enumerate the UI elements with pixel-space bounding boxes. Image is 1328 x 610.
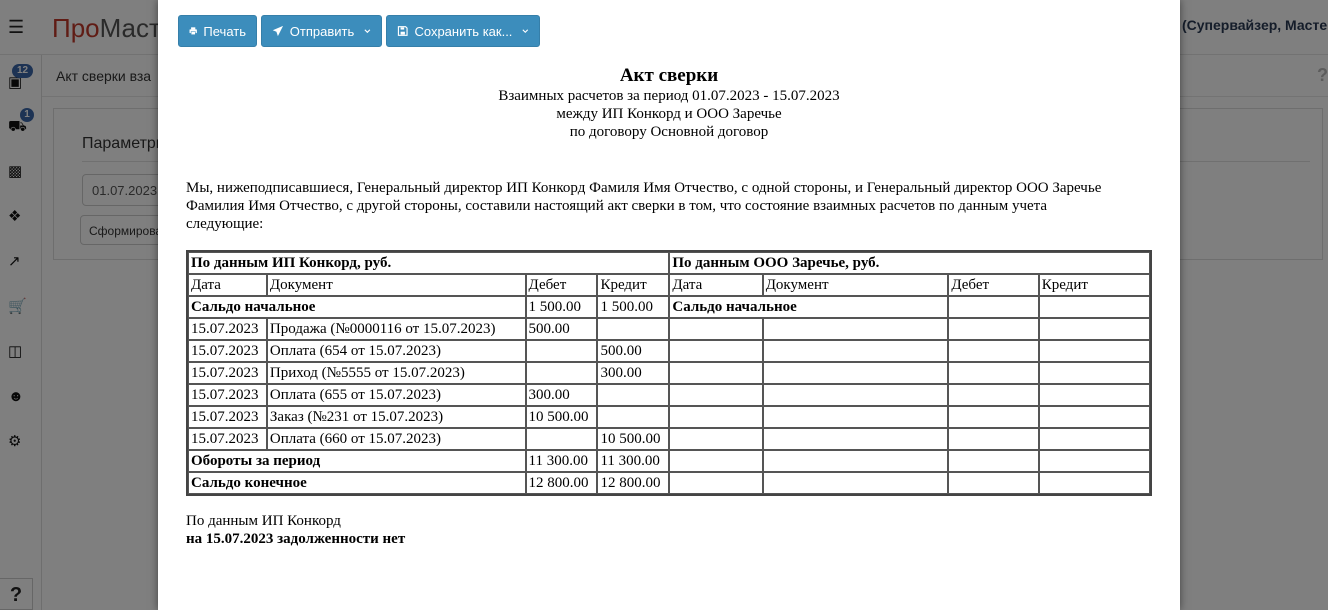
row-document: Оплата (660 от 15.07.2023) <box>267 428 526 450</box>
reconciliation-document: Акт сверки Взаимных расчетов за период 0… <box>186 65 1152 233</box>
chevron-down-icon <box>522 27 529 35</box>
table-row: 15.07.2023 Оплата (654 от 15.07.2023) 50… <box>188 340 1150 362</box>
document-contract: по договору Основной договор <box>186 123 1152 141</box>
opening-credit-left: 1 500.00 <box>597 296 669 318</box>
table-row: 15.07.2023 Приход (№5555 от 15.07.2023) … <box>188 362 1150 384</box>
row-date-right <box>669 450 762 472</box>
row-document-right <box>763 340 949 362</box>
document-conclusion: По данным ИП Конкорд на 15.07.2023 задол… <box>186 512 405 548</box>
closing-credit: 12 800.00 <box>597 472 669 494</box>
column-header: Дебет <box>948 274 1038 296</box>
row-date: 15.07.2023 <box>188 340 267 362</box>
row-debit <box>526 362 598 384</box>
print-preview-modal: Печать Отправить Сохранить как... Акт св… <box>158 0 1180 610</box>
row-credit-right <box>1039 384 1150 406</box>
row-credit-right <box>1039 428 1150 450</box>
row-debit <box>526 428 598 450</box>
row-debit-right <box>948 406 1038 428</box>
row-date-right <box>669 472 762 494</box>
reconciliation-table: По данным ИП Конкорд, руб. По данным ООО… <box>186 250 1152 496</box>
row-credit: 10 500.00 <box>597 428 669 450</box>
row-document-right <box>763 450 949 472</box>
paper-plane-icon <box>272 24 284 38</box>
right-party-header: По данным ООО Заречье, руб. <box>669 252 1150 274</box>
row-debit: 10 500.00 <box>526 406 598 428</box>
turnover-row: Обороты за период 11 300.00 11 300.00 <box>188 450 1150 472</box>
row-date-right <box>669 318 762 340</box>
row-date: 15.07.2023 <box>188 384 267 406</box>
closing-balance-label: Сальдо конечное <box>188 472 526 494</box>
row-credit <box>597 384 669 406</box>
opening-balance-row: Сальдо начальное 1 500.00 1 500.00 Сальд… <box>188 296 1150 318</box>
row-date-right <box>669 406 762 428</box>
row-document-right <box>763 472 949 494</box>
opening-balance-label: Сальдо начальное <box>188 296 526 318</box>
row-credit <box>597 406 669 428</box>
table-party-header-row: По данным ИП Конкорд, руб. По данным ООО… <box>188 252 1150 274</box>
table-row: 15.07.2023 Оплата (655 от 15.07.2023) 30… <box>188 384 1150 406</box>
row-credit <box>597 318 669 340</box>
closing-debit: 12 800.00 <box>526 472 598 494</box>
row-debit-right <box>948 318 1038 340</box>
row-debit-right <box>948 428 1038 450</box>
row-document: Приход (№5555 от 15.07.2023) <box>267 362 526 384</box>
row-debit-right <box>948 340 1038 362</box>
column-header: Дата <box>669 274 762 296</box>
column-header: Дебет <box>526 274 598 296</box>
row-credit-right <box>1039 318 1150 340</box>
row-debit-right <box>948 450 1038 472</box>
column-header: Кредит <box>597 274 669 296</box>
chevron-down-icon <box>364 27 371 35</box>
row-document-right <box>763 362 949 384</box>
table-row: 15.07.2023 Заказ (№231 от 15.07.2023) 10… <box>188 406 1150 428</box>
row-credit-right <box>1039 340 1150 362</box>
row-date-right <box>669 362 762 384</box>
opening-debit-left: 1 500.00 <box>526 296 598 318</box>
row-credit: 300.00 <box>597 362 669 384</box>
document-parties: между ИП Конкорд и ООО Заречье <box>186 105 1152 123</box>
row-debit-right <box>948 362 1038 384</box>
print-icon <box>189 24 197 38</box>
conclusion-statement: на 15.07.2023 задолженности нет <box>186 530 405 548</box>
turnover-credit: 11 300.00 <box>597 450 669 472</box>
row-document: Оплата (655 от 15.07.2023) <box>267 384 526 406</box>
row-date-right <box>669 340 762 362</box>
row-document-right <box>763 428 949 450</box>
row-document: Заказ (№231 от 15.07.2023) <box>267 406 526 428</box>
row-document: Продажа (№0000116 от 15.07.2023) <box>267 318 526 340</box>
row-date-right <box>669 428 762 450</box>
column-header: Дата <box>188 274 267 296</box>
row-debit-right <box>948 384 1038 406</box>
row-debit: 500.00 <box>526 318 598 340</box>
row-debit: 300.00 <box>526 384 598 406</box>
document-intro: Мы, нижеподписавшиеся, Генеральный дирек… <box>186 179 1116 233</box>
row-date: 15.07.2023 <box>188 318 267 340</box>
document-title: Акт сверки <box>186 65 1152 87</box>
row-credit-right <box>1039 450 1150 472</box>
turnover-debit: 11 300.00 <box>526 450 598 472</box>
opening-balance-label: Сальдо начальное <box>669 296 948 318</box>
column-header: Документ <box>267 274 526 296</box>
row-document-right <box>763 384 949 406</box>
row-credit: 500.00 <box>597 340 669 362</box>
row-date: 15.07.2023 <box>188 406 267 428</box>
opening-credit-right <box>1039 296 1150 318</box>
column-header: Документ <box>763 274 949 296</box>
send-dropdown-button[interactable]: Отправить <box>261 15 382 47</box>
closing-balance-row: Сальдо конечное 12 800.00 12 800.00 <box>188 472 1150 494</box>
row-date-right <box>669 384 762 406</box>
row-debit <box>526 340 598 362</box>
opening-debit-right <box>948 296 1038 318</box>
left-party-header: По данным ИП Конкорд, руб. <box>188 252 669 274</box>
table-row: 15.07.2023 Продажа (№0000116 от 15.07.20… <box>188 318 1150 340</box>
document-period: Взаимных расчетов за период 01.07.2023 -… <box>186 87 1152 105</box>
table-column-header-row: Дата Документ Дебет Кредит Дата Документ… <box>188 274 1150 296</box>
column-header: Кредит <box>1039 274 1150 296</box>
row-credit-right <box>1039 472 1150 494</box>
row-debit-right <box>948 472 1038 494</box>
row-date: 15.07.2023 <box>188 362 267 384</box>
row-date: 15.07.2023 <box>188 428 267 450</box>
save-as-dropdown-button[interactable]: Сохранить как... <box>386 15 540 47</box>
row-document-right <box>763 406 949 428</box>
row-document: Оплата (654 от 15.07.2023) <box>267 340 526 362</box>
row-document-right <box>763 318 949 340</box>
row-credit-right <box>1039 362 1150 384</box>
turnover-label: Обороты за период <box>188 450 526 472</box>
document-header: Акт сверки Взаимных расчетов за период 0… <box>186 65 1152 141</box>
table-row: 15.07.2023 Оплата (660 от 15.07.2023) 10… <box>188 428 1150 450</box>
row-credit-right <box>1039 406 1150 428</box>
floppy-disk-icon <box>397 24 408 38</box>
print-button[interactable]: Печать <box>178 15 257 47</box>
conclusion-source: По данным ИП Конкорд <box>186 512 405 530</box>
preview-toolbar: Печать Отправить Сохранить как... <box>178 15 540 47</box>
